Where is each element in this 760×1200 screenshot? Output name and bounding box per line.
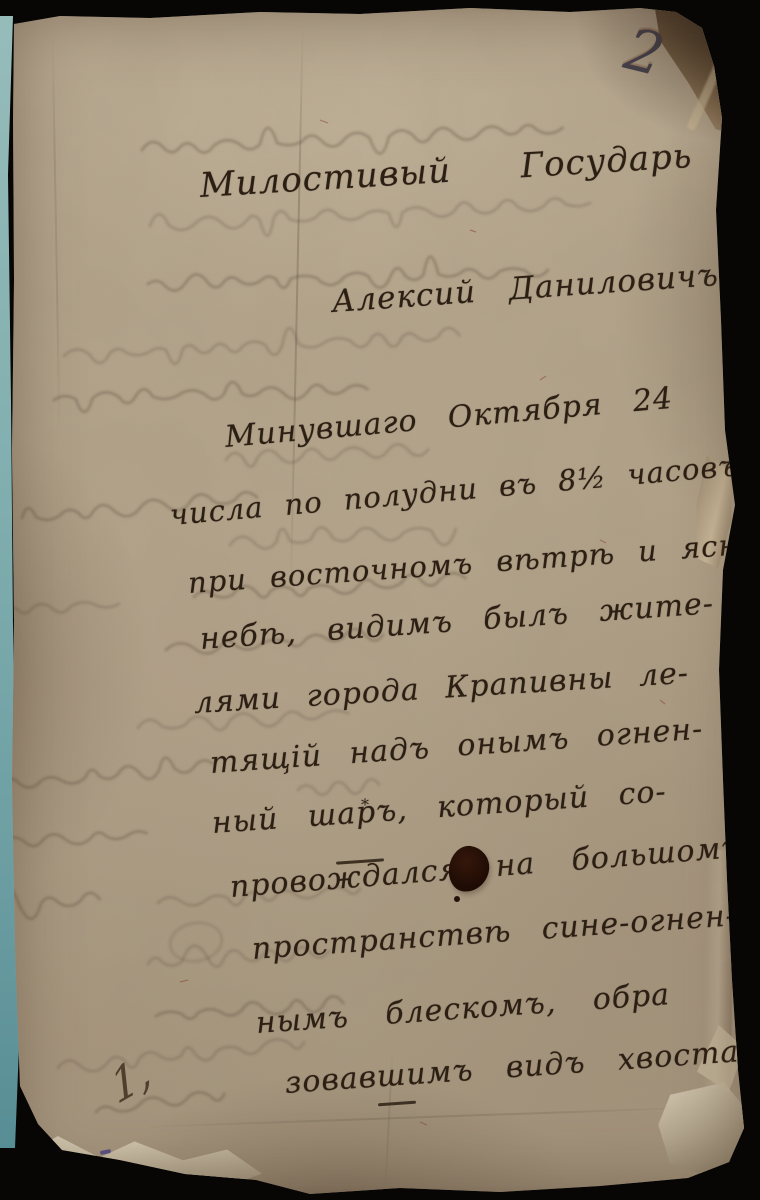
- bottom-right-crumple: [653, 1079, 758, 1184]
- horizontal-crease-bottom: [150, 1106, 706, 1127]
- salutation-line-1: Милостивый Государь: [199, 136, 694, 206]
- footer-pen-mark: 1,: [106, 1044, 157, 1116]
- manuscript-line-10: нымъ блескомъ, обра: [255, 977, 671, 1041]
- ink-dot: [454, 896, 460, 902]
- salutation-line-2: Алексий Даниловичъ!: [331, 256, 734, 320]
- manuscript-line-4: небѣ, видимъ былъ жите-: [199, 586, 715, 657]
- manuscript-page: 2 Милостивый Государь Алексий Даниловичъ…: [0, 0, 760, 1200]
- photographed-manuscript-scene: 2 Милостивый Государь Алексий Даниловичъ…: [0, 0, 760, 1200]
- manuscript-line-1: Минувшаго Октября 24: [223, 381, 674, 455]
- vertical-crease-left: [52, 34, 61, 426]
- folio-number: 2: [618, 15, 670, 90]
- bottom-left-torn-edge: [30, 1136, 262, 1190]
- manuscript-line-2: числа по полудни въ 8½ часовъ,: [169, 447, 751, 531]
- manuscript-line-5: лями города Крапивны ле-: [193, 656, 690, 721]
- manuscript-line-6: тящiй надъ онымъ огнен-: [209, 712, 705, 781]
- manuscript-line-7: ный шаръ, который со-: [211, 774, 668, 841]
- manuscript-line-9: пространствѣ сине-огнен-: [251, 898, 738, 967]
- manuscript-line-11: зовавшимъ видъ хвоста: [284, 1034, 741, 1101]
- insertion-mark: ⁎: [361, 790, 369, 809]
- underline-shi: [378, 1101, 416, 1107]
